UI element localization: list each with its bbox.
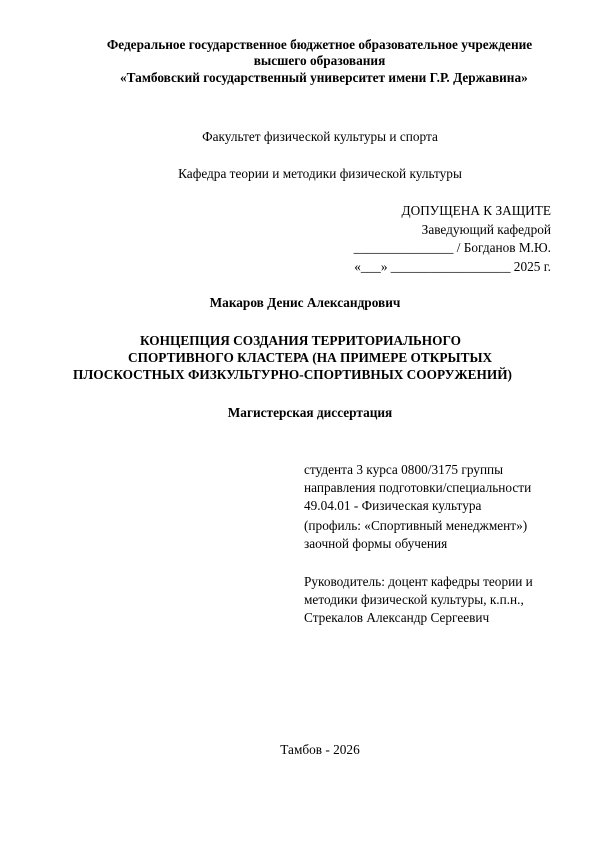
approval-role: Заведующий кафедрой	[291, 222, 551, 238]
student-info-line: (профиль: «Спортивный менеджмент»)	[304, 518, 574, 534]
work-type: Магистерская диссертация	[0, 405, 595, 421]
student-info-line: 49.04.01 - Физическая культура	[304, 498, 574, 514]
student-info-line: направления подготовки/специальности	[304, 480, 574, 496]
faculty-name: Факультет физической культуры и спорта	[0, 129, 595, 145]
document-page: Федеральное государственное бюджетное об…	[0, 0, 595, 841]
institution-line-2: высшего образования	[92, 53, 547, 69]
institution-line-1: Федеральное государственное бюджетное об…	[92, 37, 547, 53]
thesis-title-line-3: ПЛОСКОСТНЫХ ФИЗКУЛЬТУРНО-СПОРТИВНЫХ СООР…	[73, 367, 573, 383]
author-name: Макаров Денис Александрович	[0, 295, 595, 311]
approval-status: ДОПУЩЕНА К ЗАЩИТЕ	[291, 203, 551, 219]
supervisor-info-line: методики физической культуры, к.п.н.,	[304, 592, 574, 608]
thesis-title-line-1: КОНЦЕПЦИЯ СОЗДАНИЯ ТЕРРИТОРИАЛЬНОГО	[140, 333, 540, 349]
supervisor-info-line: Стрекалов Александр Сергеевич	[304, 610, 574, 626]
institution-line-3: «Тамбовский государственный университет …	[120, 70, 560, 86]
approval-signature-line: _______________ / Богданов М.Ю.	[291, 240, 551, 256]
city-year: Тамбов - 2026	[0, 742, 595, 758]
thesis-title-line-2: СПОРТИВНОГО КЛАСТЕРА (НА ПРИМЕРЕ ОТКРЫТЫ…	[128, 350, 548, 366]
student-info-line: заочной формы обучения	[304, 536, 574, 552]
approval-date-line: «___» __________________ 2025 г.	[291, 259, 551, 275]
supervisor-info-line: Руководитель: доцент кафедры теории и	[304, 574, 574, 590]
department-name: Кафедра теории и методики физической кул…	[0, 166, 595, 182]
student-info-line: студента 3 курса 0800/3175 группы	[304, 462, 574, 478]
